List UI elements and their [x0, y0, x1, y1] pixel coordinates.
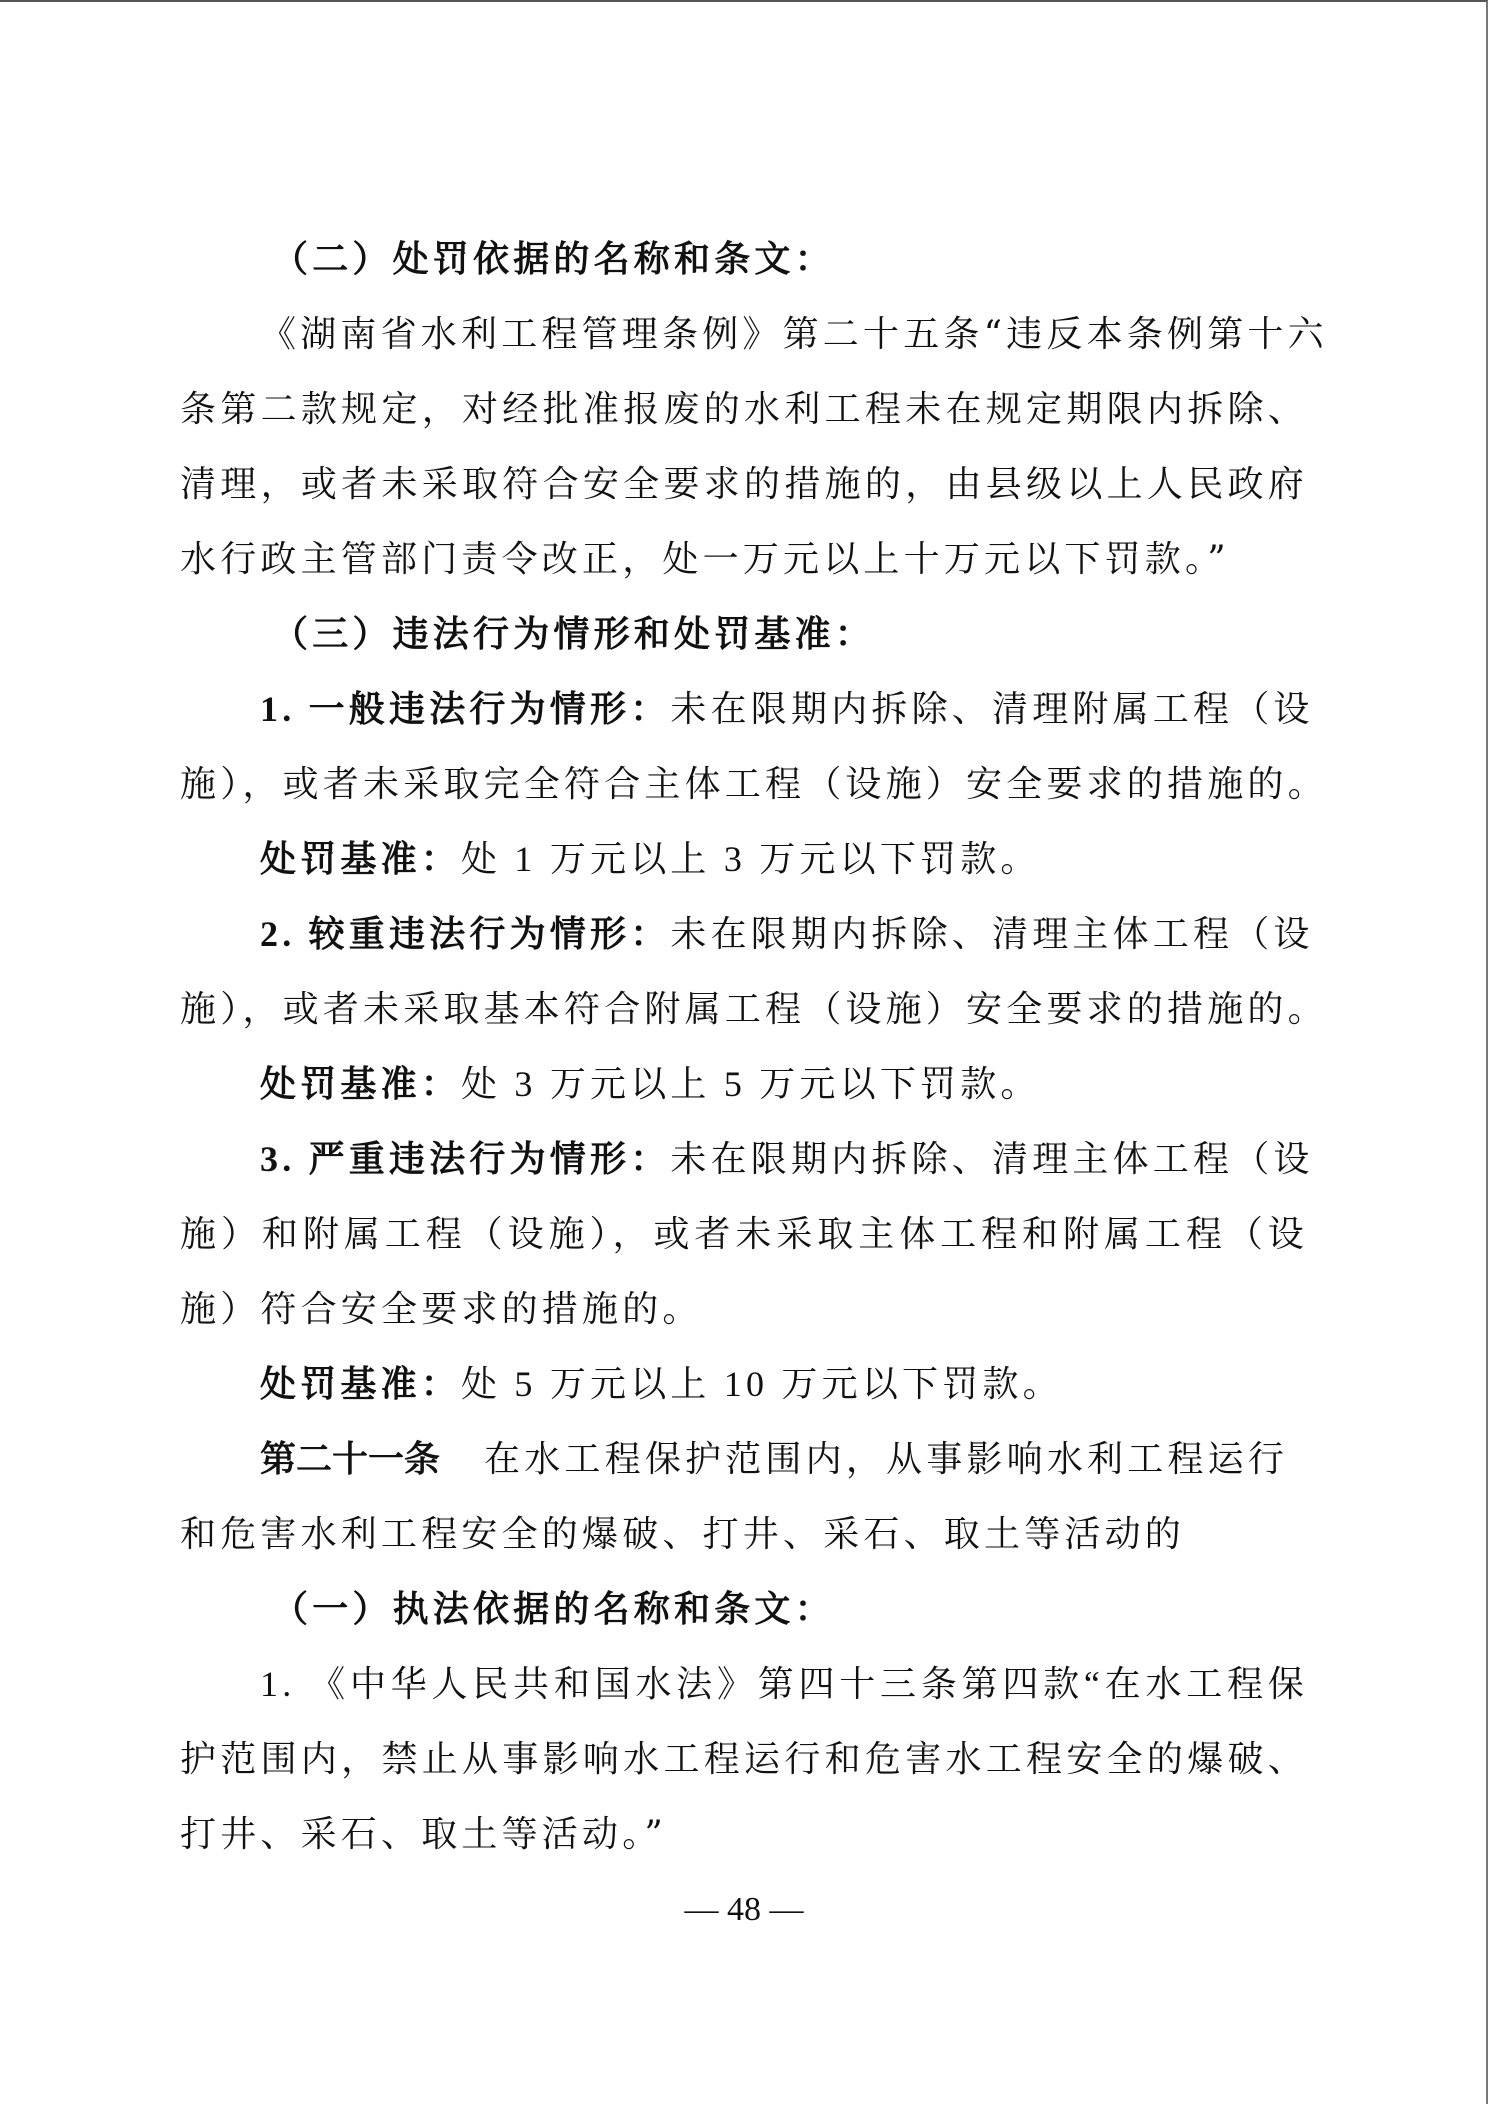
case-severe-line: 施）和附属工程（设施），或者未采取主体工程和附属工程（设: [180, 1197, 1308, 1272]
standard-label: 处罚基准：: [260, 1063, 461, 1105]
paragraph-text: 《湖南省水利工程管理条例》第二十五条“违反本条例第十六: [260, 314, 1328, 355]
case-text: 未在限期内拆除、清理附属工程（设: [670, 689, 1313, 730]
standard-label: 处罚基准：: [260, 1363, 461, 1405]
paragraph-text: 打井、采石、取土等活动。”: [180, 1814, 667, 1855]
penalty-standard-line: 处罚基准：处 1 万元以上 3 万元以下罚款。: [260, 822, 1041, 897]
standard-text: 处 3 万元以上 5 万元以下罚款。: [461, 1064, 1041, 1104]
paragraph-line: 清理，或者未采取符合安全要求的措施的，由县级以上人民政府: [180, 447, 1308, 522]
paragraph-line: 水行政主管部门责令改正，处一万元以上十万元以下罚款。”: [180, 522, 1230, 597]
case-label: 1. 一般违法行为情形：: [260, 689, 670, 729]
case-text: 施）和附属工程（设施），或者未采取主体工程和附属工程（设: [180, 1214, 1308, 1255]
case-severe-line: 施）符合安全要求的措施的。: [180, 1272, 703, 1347]
heading-text: （一）执法依据的名称和条文：: [272, 1588, 835, 1630]
article-text: 和危害水利工程安全的爆破、打井、采石、取土等活动的: [180, 1514, 1185, 1555]
case-general-line: 1. 一般违法行为情形：未在限期内拆除、清理附属工程（设: [260, 672, 1308, 747]
section-heading-enforcement-basis: （一）执法依据的名称和条文：: [272, 1572, 835, 1647]
section-heading-violation-standards: （三）违法行为情形和处罚基准：: [272, 597, 875, 672]
article-label: 第二十一条: [260, 1439, 440, 1480]
article-21-line: 第二十一条在水工程保护范围内，从事影响水利工程运行: [260, 1422, 1288, 1497]
paragraph-text: 水行政主管部门责令改正，处一万元以上十万元以下罚款。”: [180, 539, 1230, 580]
penalty-standard-line: 处罚基准：处 5 万元以上 10 万元以下罚款。: [260, 1347, 1063, 1422]
paragraph-line: 打井、采石、取土等活动。”: [180, 1797, 667, 1872]
case-severe-line: 3. 严重违法行为情形：未在限期内拆除、清理主体工程（设: [260, 1122, 1308, 1197]
case-serious-line: 2. 较重违法行为情形：未在限期内拆除、清理主体工程（设: [260, 897, 1308, 972]
heading-text: （二）处罚依据的名称和条文：: [272, 238, 835, 280]
case-serious-line: 施），或者未采取基本符合附属工程（设施）安全要求的措施的。: [180, 972, 1308, 1047]
case-general-line: 施），或者未采取完全符合主体工程（设施）安全要求的措施的。: [180, 747, 1308, 822]
case-label: 3. 严重违法行为情形：: [260, 1139, 670, 1179]
paragraph-text: 护范围内，禁止从事影响水工程运行和危害水工程安全的爆破、: [180, 1739, 1308, 1780]
standard-text: 处 5 万元以上 10 万元以下罚款。: [461, 1364, 1063, 1404]
paragraph-line: 条第二款规定，对经批准报废的水利工程未在规定期限内拆除、: [180, 372, 1308, 447]
case-text: 施）符合安全要求的措施的。: [180, 1289, 703, 1330]
case-text: 未在限期内拆除、清理主体工程（设: [670, 914, 1313, 955]
page-number: — 48 —: [0, 1886, 1488, 1934]
standard-label: 处罚基准：: [260, 838, 461, 880]
paragraph-line: 护范围内，禁止从事影响水工程运行和危害水工程安全的爆破、: [180, 1722, 1308, 1797]
penalty-standard-line: 处罚基准：处 3 万元以上 5 万元以下罚款。: [260, 1047, 1041, 1122]
standard-text: 处 1 万元以上 3 万元以下罚款。: [461, 839, 1041, 879]
case-text: 施），或者未采取基本符合附属工程（设施）安全要求的措施的。: [180, 989, 1328, 1030]
case-text: 未在限期内拆除、清理主体工程（设: [670, 1139, 1313, 1180]
paragraph-line: 《湖南省水利工程管理条例》第二十五条“违反本条例第十六: [260, 297, 1308, 372]
case-text: 施），或者未采取完全符合主体工程（设施）安全要求的措施的。: [180, 764, 1328, 805]
paragraph-text: 条第二款规定，对经批准报废的水利工程未在规定期限内拆除、: [180, 389, 1308, 430]
paragraph-text: 清理，或者未采取符合安全要求的措施的，由县级以上人民政府: [180, 464, 1308, 505]
paragraph-text: 1. 《中华人民共和国水法》第四十三条第四款“在水工程保: [260, 1664, 1308, 1704]
article-text: 在水工程保护范围内，从事影响水利工程运行: [484, 1439, 1288, 1480]
heading-text: （三）违法行为情形和处罚基准：: [272, 613, 875, 655]
article-21-line: 和危害水利工程安全的爆破、打井、采石、取土等活动的: [180, 1497, 1185, 1572]
section-heading-penalty-basis: （二）处罚依据的名称和条文：: [272, 222, 835, 297]
document-page: （二）处罚依据的名称和条文： 《湖南省水利工程管理条例》第二十五条“违反本条例第…: [0, 0, 1488, 2104]
paragraph-line: 1. 《中华人民共和国水法》第四十三条第四款“在水工程保: [260, 1647, 1308, 1722]
case-label: 2. 较重违法行为情形：: [260, 914, 670, 954]
